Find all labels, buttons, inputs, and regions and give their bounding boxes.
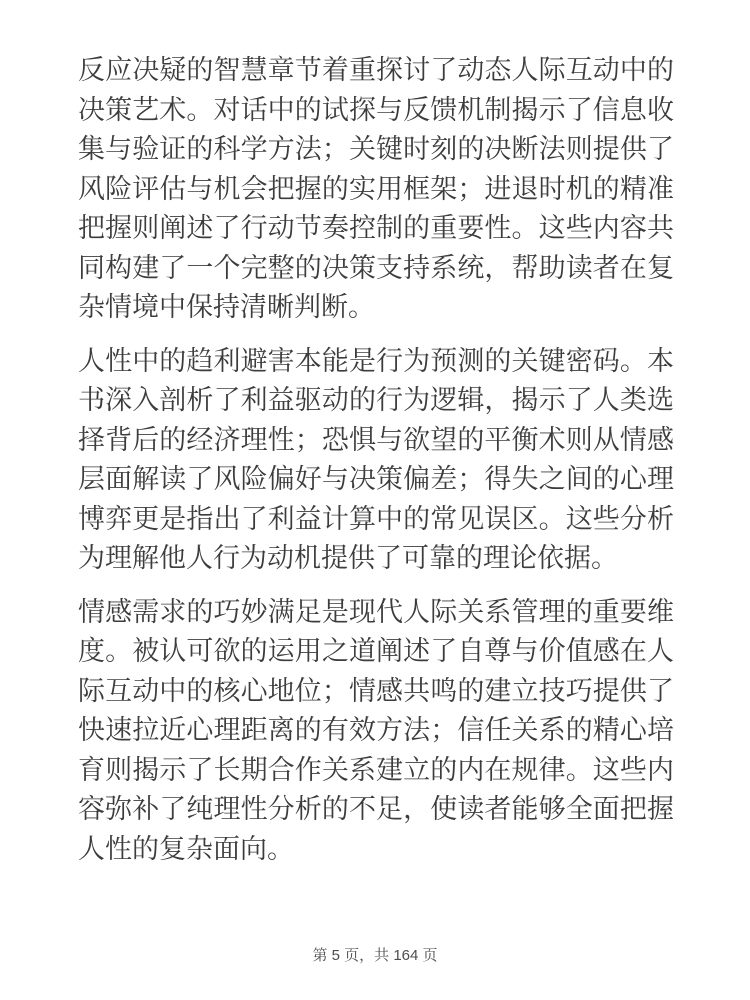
page-footer: 第 5 页，共 164 页: [0, 946, 750, 966]
document-page: 反应决疑的智慧章节着重探讨了动态人际互动中的决策艺术。对话中的试探与反馈机制揭示…: [0, 0, 750, 1000]
paragraph-human-nature: 人性中的趋利避害本能是行为预测的关键密码。本书深入剖析了利益驱动的行为逻辑，揭示…: [78, 342, 674, 579]
paragraph-decision-wisdom: 反应决疑的智慧章节着重探讨了动态人际互动中的决策艺术。对话中的试探与反馈机制揭示…: [78, 51, 674, 328]
page-indicator-suffix: 页: [423, 947, 438, 964]
page-content: 反应决疑的智慧章节着重探讨了动态人际互动中的决策艺术。对话中的试探与反馈机制揭示…: [78, 51, 674, 883]
current-page-number: 5: [332, 947, 340, 964]
page-indicator-prefix: 第: [312, 947, 327, 964]
total-page-count: 164: [393, 947, 418, 964]
page-indicator-middle: 页，共: [344, 947, 389, 964]
paragraph-emotional-needs: 情感需求的巧妙满足是现代人际关系管理的重要维度。被认可欲的运用之道阐述了自尊与价…: [78, 593, 674, 870]
